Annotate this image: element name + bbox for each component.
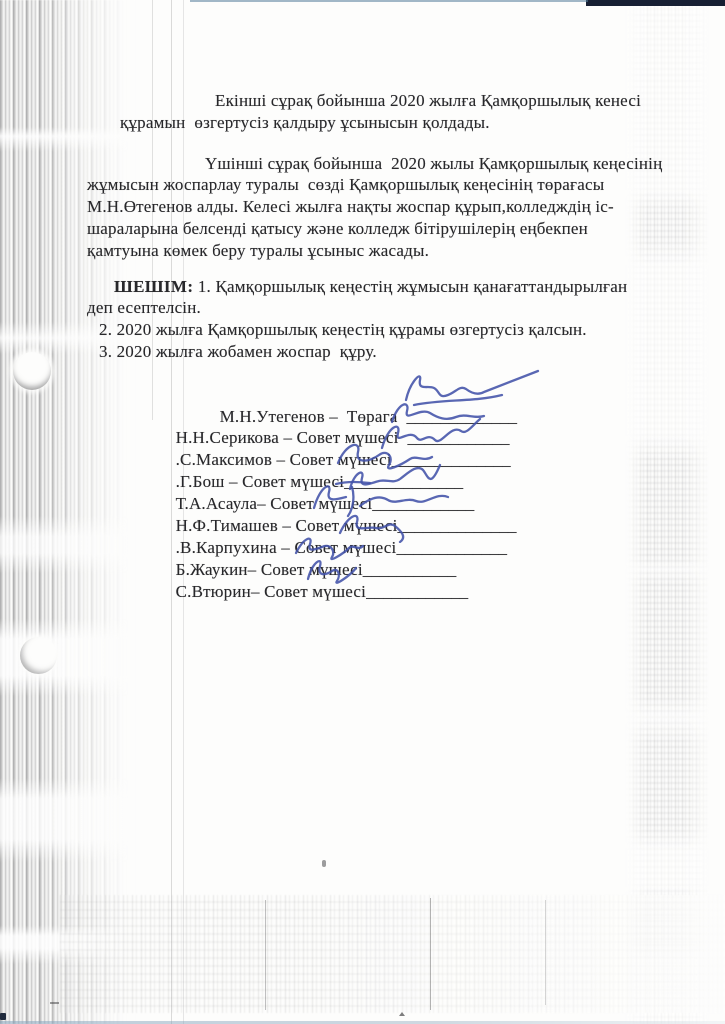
ink-speck [399, 1012, 405, 1016]
text-line: Үшінші сұрақ бойынша 2020 жылы Қамқоршыл… [87, 153, 677, 175]
signature-row: М.Н.Утегенов – Төрага _____________ [140, 384, 677, 406]
signature-row: .Г.Бош – Совет мүшесі______________ [140, 449, 677, 471]
text-line: Екінші сұрақ бойынша 2020 жылға Қамқоршы… [120, 90, 677, 112]
punch-hole-top [13, 352, 51, 390]
scan-streak-line [430, 898, 431, 1010]
text-line: М.Н.Өтегенов алды. Келесі жылға нақты жо… [87, 196, 677, 218]
decision-item: 3. 2020 жылға жобамен жоспар құру. [99, 341, 677, 363]
text-line: деп есептелсін. [87, 297, 677, 319]
ink-speck [322, 860, 326, 867]
paragraph-third-question: Үшінші сұрақ бойынша 2020 жылы Қамқоршыл… [87, 153, 677, 262]
signature-row: Б.Жаукин– Совет мүшесі___________ [140, 537, 677, 559]
signature-row: .С.Максимов – Совет мүшесі______________ [140, 428, 677, 450]
decision-section: ШЕШІМ: 1. Қамқоршылық кеңестің жұмысын қ… [87, 276, 677, 363]
ink-speck [50, 1002, 59, 1004]
scanned-document-page: Екінші сұрақ бойынша 2020 жылға Қамқоршы… [0, 0, 725, 1024]
text-line: шараларына белсенді қатысу және колледж … [87, 218, 677, 240]
bottom-scan-smudge [60, 895, 725, 1013]
text-line: қамтуына көмек беру туралы ұсыныс жасады… [87, 240, 677, 262]
top-right-scan-bar [586, 0, 725, 6]
document-body: Екінші сұрақ бойынша 2020 жылға Қамқоршы… [87, 90, 677, 581]
decision-text: 1. Қамқоршылық кеңестің жұмысын қанағатт… [193, 277, 627, 296]
scan-streak-line [265, 900, 266, 1010]
decision-heading-line: ШЕШІМ: 1. Қамқоршылық кеңестің жұмысын қ… [87, 276, 677, 298]
text-line: жұмысын жоспарлау туралы сөзді Қамқоршыл… [87, 174, 677, 196]
paragraph-second-question: Екінші сұрақ бойынша 2020 жылға Қамқоршы… [120, 90, 677, 134]
signature-ink [398, 366, 548, 410]
bottom-left-scan-mark [0, 1013, 6, 1020]
signature-row: Т.А.Асаула– Совет мүшесі____________ [140, 471, 677, 493]
signature-row: Н.Ф.Тимашев – Совет мүшесі______________ [140, 493, 677, 515]
text-line: құрамын өзгертусіз қалдыру ұсынысын қолд… [120, 112, 677, 134]
signature-row: Н.Н.Серикова – Совет мүшесі ____________ [140, 406, 677, 428]
top-edge-scan-line [190, 0, 588, 2]
signature-block: М.Н.Утегенов – Төрага _____________ Н.Н.… [140, 384, 677, 581]
signature-row: С.Втюрин– Совет мүшесі____________ [140, 559, 677, 581]
decision-label: ШЕШІМ: [114, 277, 193, 296]
signature-row: .В.Карпухина – Совет мүшесі_____________ [140, 515, 677, 537]
signatory-name: С.Втюрин– Совет мүшесі [176, 582, 366, 601]
signature-underline: ____________ [366, 582, 468, 601]
punch-hole-bottom [20, 637, 57, 674]
scan-streak-line [545, 900, 546, 1005]
decision-item: 2. 2020 жылға Қамқоршылық кеңестің құрам… [99, 319, 677, 341]
